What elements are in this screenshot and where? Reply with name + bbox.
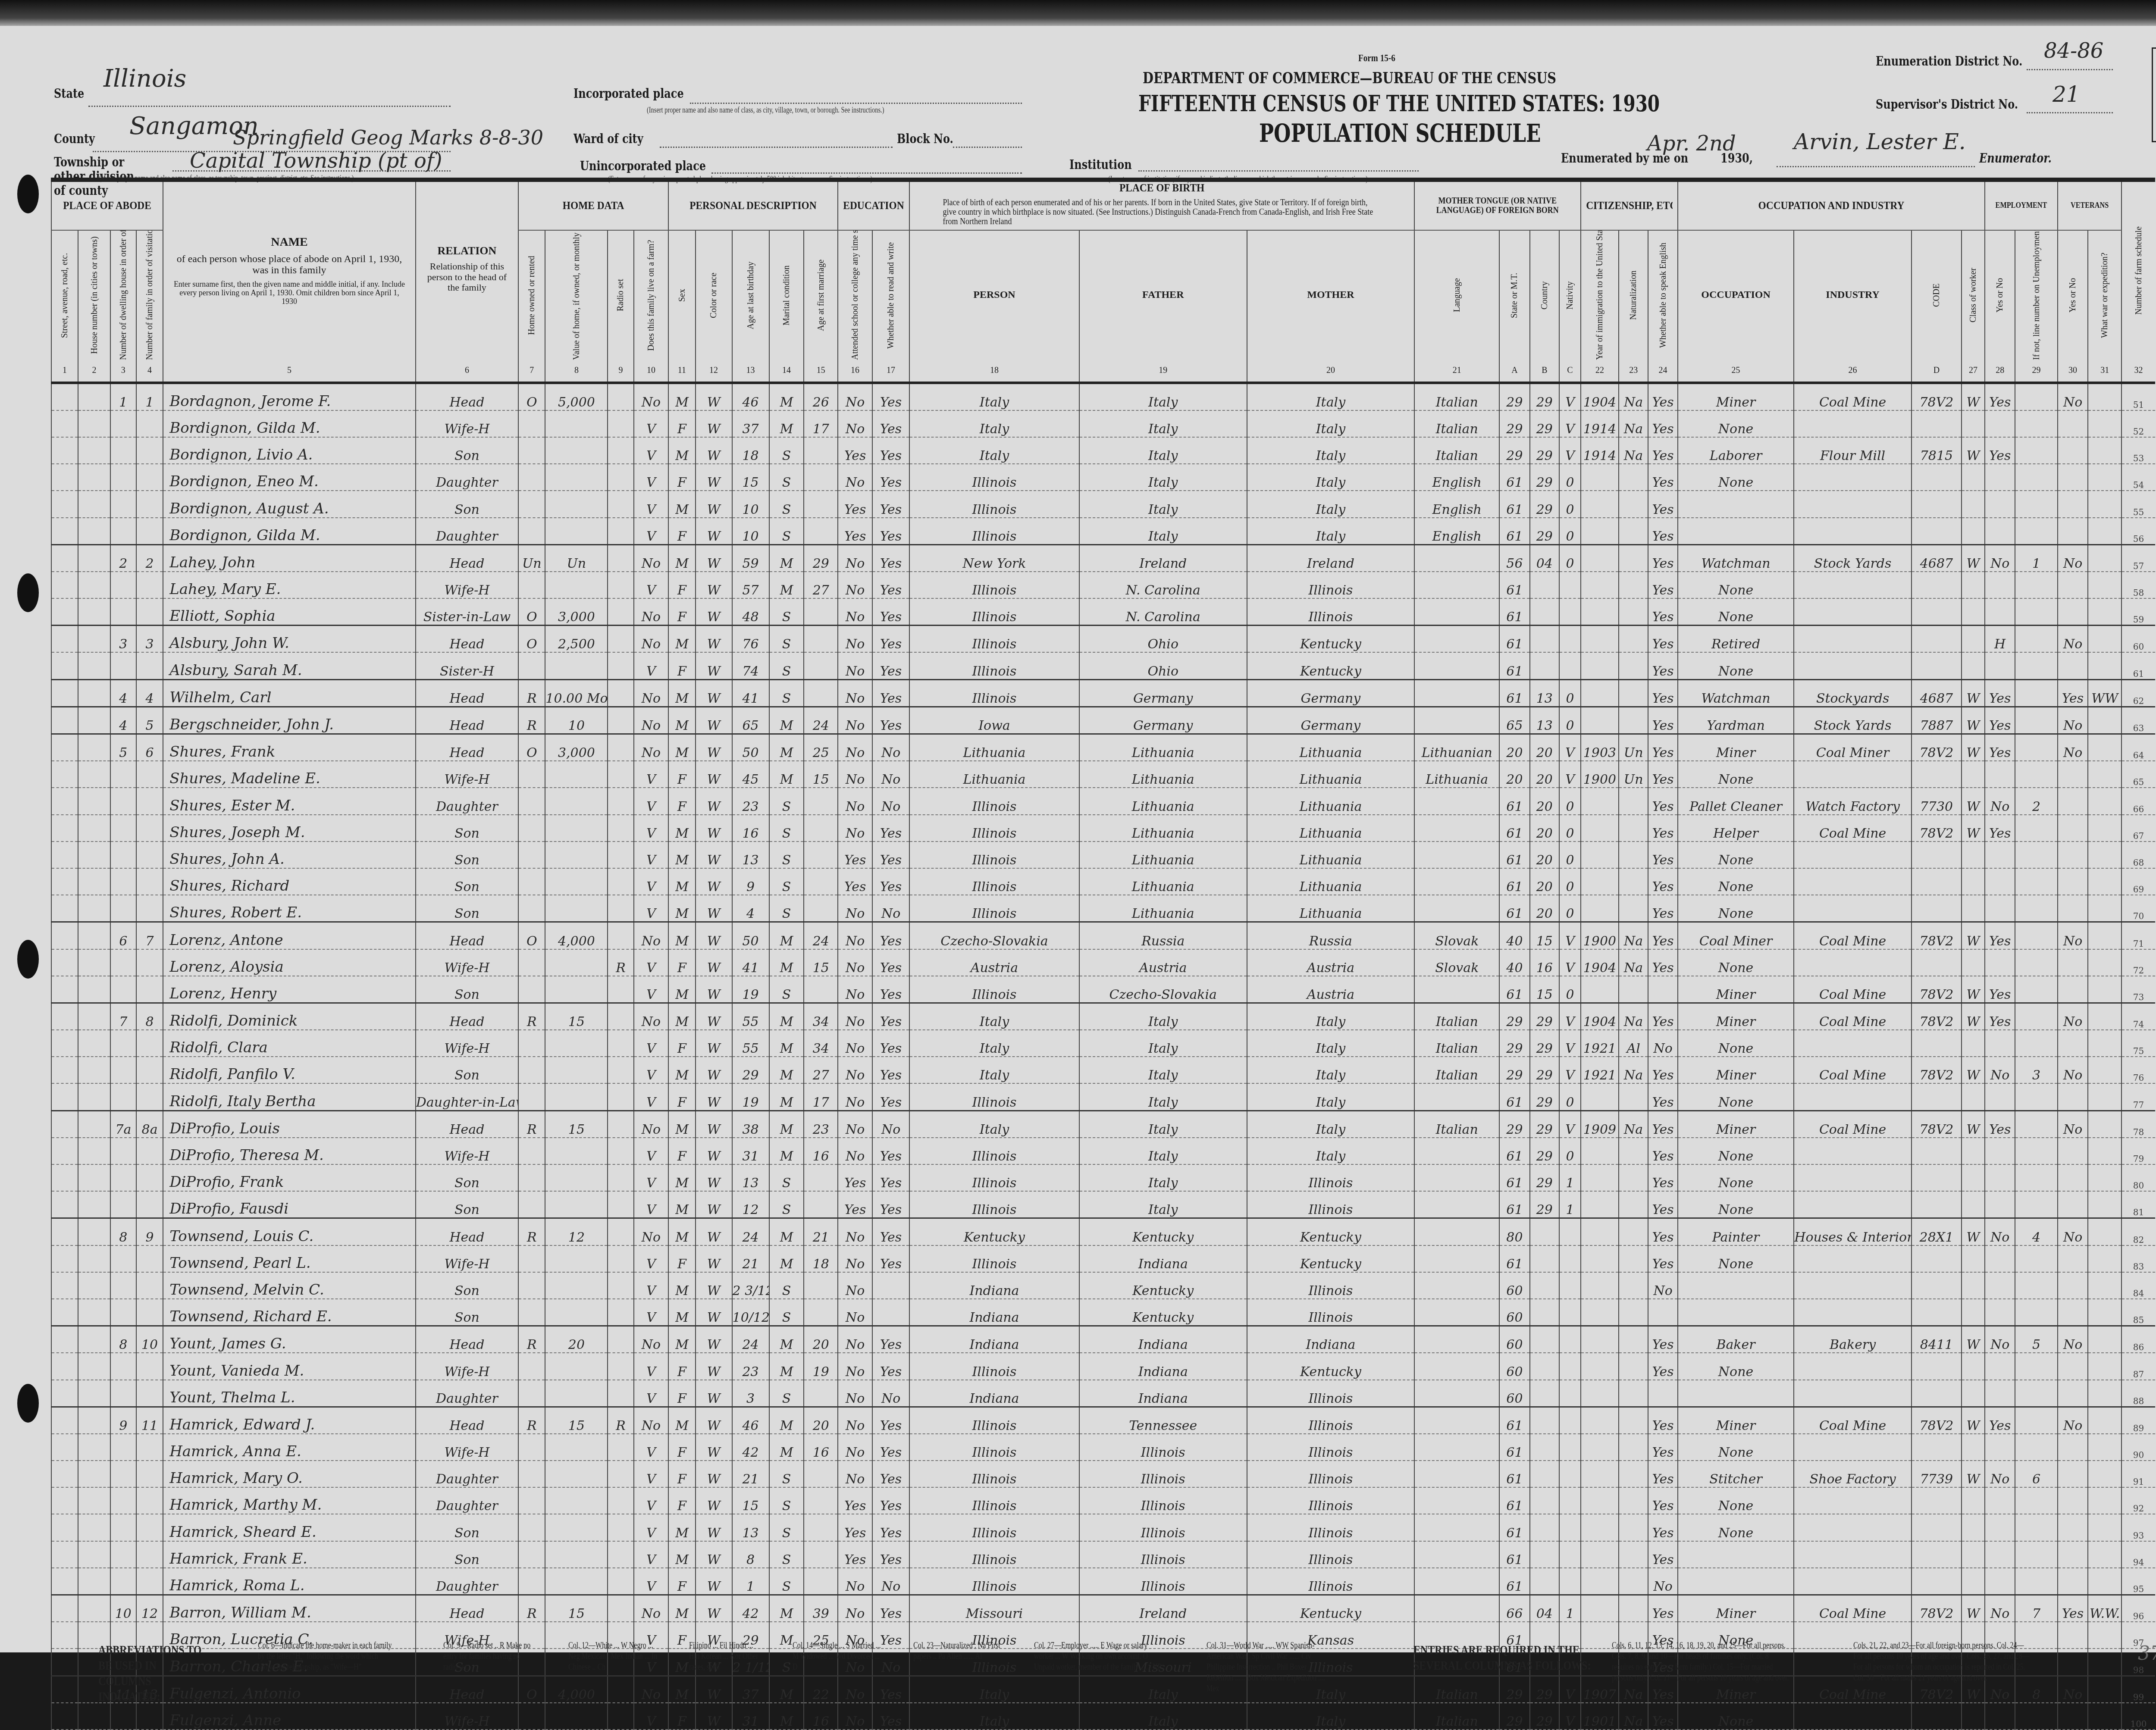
family-number-cell: 3 xyxy=(136,626,163,653)
mother-tongue-cell xyxy=(1414,842,1499,868)
occupation-cell: None xyxy=(1678,1030,1794,1057)
employed-cell: H xyxy=(1985,626,2015,653)
street-cell xyxy=(51,788,78,814)
immigration-year-cell xyxy=(1581,1353,1619,1380)
person-name-cell: Lahey, Mary E. xyxy=(163,572,416,598)
table-row: Townsend, Richard E.SonVMW10/12SNoIndian… xyxy=(51,1299,2155,1326)
code-d-cell: 78V2 xyxy=(1912,1595,1962,1622)
mother-birthplace-cell: Illinois xyxy=(1247,1272,1415,1299)
class-of-worker-cell xyxy=(1962,1434,1985,1461)
class-of-worker-cell: W xyxy=(1962,1595,1985,1622)
footer-legend: ABBREVIATIONS TO BE USED IN COLUMNS INDI… xyxy=(51,1634,2155,1652)
literacy-cell: Yes xyxy=(872,572,909,598)
father-birthplace-cell: Illinois xyxy=(1079,1434,1247,1461)
farm-residence-cell: V xyxy=(634,518,669,545)
line-number-cell: 51 xyxy=(2122,383,2155,410)
age-at-marriage-cell: 26 xyxy=(804,383,838,410)
father-birthplace-cell: Italy xyxy=(1079,383,1247,410)
veteran-cell xyxy=(2058,598,2088,626)
mother-tongue-cell: Italian xyxy=(1414,437,1499,464)
table-row: 1012Barron, William M.HeadR15NoMW42M39No… xyxy=(51,1595,2155,1622)
table-row: Hamrick, Roma L.DaughterVFW1SNoNoIllinoi… xyxy=(51,1568,2155,1595)
age-at-marriage-cell xyxy=(804,1164,838,1191)
literacy-cell: Yes xyxy=(872,626,909,653)
home-value-cell: 15 xyxy=(545,1003,608,1030)
radio-set-cell xyxy=(608,464,633,491)
code-c-cell: V xyxy=(1559,1057,1581,1083)
person-name-cell: Shures, Ester M. xyxy=(163,788,416,814)
home-tenure-cell xyxy=(518,1030,545,1057)
speaks-english-cell: Yes xyxy=(1648,518,1677,545)
code-d-cell: 78V2 xyxy=(1912,383,1962,410)
dwelling-number-cell xyxy=(110,1245,136,1272)
line-number-cell: 63 xyxy=(2122,707,2155,734)
naturalization-cell xyxy=(1619,976,1648,1003)
family-number-cell xyxy=(136,949,163,976)
unemployment-line-cell xyxy=(2015,1487,2057,1514)
employed-cell xyxy=(1985,868,2015,895)
speaks-english-cell: Yes xyxy=(1648,1083,1677,1111)
code-c-cell xyxy=(1559,1568,1581,1595)
age-cell: 38 xyxy=(732,1111,769,1138)
ward-label: Ward of city xyxy=(573,131,643,147)
school-attendance-cell: No xyxy=(838,1003,872,1030)
immigration-year-cell: 1921 xyxy=(1581,1030,1619,1057)
column-label: FATHER xyxy=(1079,230,1247,360)
mother-birthplace-cell: Illinois xyxy=(1247,1541,1415,1568)
immigration-year-cell xyxy=(1581,1595,1619,1622)
code-c-cell: 1 xyxy=(1559,1191,1581,1218)
code-c-cell: 0 xyxy=(1559,842,1581,868)
industry-cell xyxy=(1794,842,1912,868)
immigration-year-cell xyxy=(1581,491,1619,517)
literacy-cell: Yes xyxy=(872,1487,909,1514)
veteran-cell xyxy=(2058,1514,2088,1541)
immigration-year-cell xyxy=(1581,1434,1619,1461)
code-c-cell: V xyxy=(1559,734,1581,761)
street-cell xyxy=(51,895,78,922)
literacy-cell: Yes xyxy=(872,1164,909,1191)
sex-cell: M xyxy=(668,626,695,653)
naturalization-cell xyxy=(1619,1164,1648,1191)
farm-residence-cell: V xyxy=(634,1245,669,1272)
code-b-cell xyxy=(1530,652,1559,679)
speaks-english-cell xyxy=(1648,1380,1677,1407)
column-number: 7 xyxy=(518,360,545,383)
speaks-english-cell: Yes xyxy=(1648,868,1677,895)
naturalization-cell xyxy=(1619,1353,1648,1380)
table-row: Bordignon, Gilda M.DaughterVFW10SYesYesI… xyxy=(51,518,2155,545)
code-c-cell: V xyxy=(1559,761,1581,788)
farm-residence-cell: No xyxy=(634,1218,669,1245)
column-number: 21 xyxy=(1414,360,1499,383)
column-number: 23 xyxy=(1619,360,1648,383)
war-cell xyxy=(2088,544,2122,572)
mother-tongue-cell: Lithuanian xyxy=(1414,734,1499,761)
speaks-english-cell: Yes xyxy=(1648,734,1677,761)
punch-hole xyxy=(17,940,39,979)
sex-cell: M xyxy=(668,1326,695,1353)
age-cell: 2 3/12 xyxy=(732,1272,769,1299)
person-name-cell: Barron, William M. xyxy=(163,1595,416,1622)
table-row: Shures, John A.SonVMW13SYesYesIllinoisLi… xyxy=(51,842,2155,868)
street-cell xyxy=(51,491,78,517)
class-of-worker-cell: W xyxy=(1962,976,1985,1003)
home-tenure-cell: O xyxy=(518,922,545,949)
person-name-cell: Yount, Vanieda M. xyxy=(163,1353,416,1380)
age-cell: 42 xyxy=(732,1434,769,1461)
radio-set-cell xyxy=(608,652,633,679)
home-tenure-cell xyxy=(518,815,545,842)
sex-cell: F xyxy=(668,1245,695,1272)
sex-cell: M xyxy=(668,679,695,707)
marital-status-cell: S xyxy=(769,1380,804,1407)
family-number-cell xyxy=(136,598,163,626)
line-number-cell: 75 xyxy=(2122,1030,2155,1057)
home-value-cell: 15 xyxy=(545,1595,608,1622)
mother-birthplace-cell: Austria xyxy=(1247,949,1415,976)
age-cell: 57 xyxy=(732,572,769,598)
code-c-cell: 0 xyxy=(1559,491,1581,517)
age-at-marriage-cell xyxy=(804,518,838,545)
line-number-cell: 88 xyxy=(2122,1380,2155,1407)
relation-cell: Daughter xyxy=(416,518,518,545)
mother-tongue-cell xyxy=(1414,1299,1499,1326)
war-cell xyxy=(2088,1245,2122,1272)
father-birthplace-cell: Lithuania xyxy=(1079,734,1247,761)
race-cell: W xyxy=(696,734,732,761)
war-cell xyxy=(2088,598,2122,626)
race-cell: W xyxy=(696,1434,732,1461)
occupation-cell: Coal Miner xyxy=(1678,922,1794,949)
veteran-cell xyxy=(2058,1487,2088,1514)
birthplace-cell: Italy xyxy=(909,383,1079,410)
family-number-cell: 5 xyxy=(136,707,163,734)
race-cell: W xyxy=(696,788,732,814)
father-birthplace-cell: Italy xyxy=(1079,410,1247,437)
column-number: 32 xyxy=(2122,360,2155,383)
occupation-cell: None xyxy=(1678,572,1794,598)
war-cell xyxy=(2088,976,2122,1003)
family-number-cell xyxy=(136,1434,163,1461)
war-cell xyxy=(2088,1191,2122,1218)
house-number-cell xyxy=(78,1083,110,1111)
home-value-cell xyxy=(545,1083,608,1111)
legend-col9: Col. 9—Radio set .. R Make no entry for … xyxy=(443,1640,533,1652)
father-birthplace-cell: Lithuania xyxy=(1079,815,1247,842)
radio-set-cell xyxy=(608,895,633,922)
class-of-worker-cell xyxy=(1962,1083,1985,1111)
home-tenure-cell xyxy=(518,1164,545,1191)
home-value-cell xyxy=(545,1191,608,1218)
home-value-cell xyxy=(545,842,608,868)
code-c-cell: V xyxy=(1559,437,1581,464)
birthplace-cell: Kentucky xyxy=(909,1218,1079,1245)
person-name-cell: Elliott, Sophia xyxy=(163,598,416,626)
speaks-english-cell: Yes xyxy=(1648,464,1677,491)
war-cell xyxy=(2088,1083,2122,1111)
veteran-cell xyxy=(2058,1083,2088,1111)
person-name-cell: Bergschneider, John J. xyxy=(163,707,416,734)
column-number: 14 xyxy=(769,360,804,383)
employed-cell xyxy=(1985,949,2015,976)
code-c-cell xyxy=(1559,1326,1581,1353)
code-a-cell: 61 xyxy=(1499,572,1529,598)
school-attendance-cell: No xyxy=(838,1434,872,1461)
dwelling-number-cell: 4 xyxy=(110,707,136,734)
column-number: 3 xyxy=(110,360,136,383)
occupation-cell xyxy=(1678,1299,1794,1326)
house-number-cell xyxy=(78,761,110,788)
unemployment-line-cell xyxy=(2015,1245,2057,1272)
column-number: 16 xyxy=(838,360,872,383)
literacy-cell: No xyxy=(872,1111,909,1138)
immigration-year-cell: 1909 xyxy=(1581,1111,1619,1138)
speaks-english-cell xyxy=(1648,1299,1677,1326)
sex-cell: F xyxy=(668,949,695,976)
column-number: A xyxy=(1499,360,1529,383)
war-cell xyxy=(2088,1434,2122,1461)
line-number-cell: 91 xyxy=(2122,1461,2155,1487)
code-c-cell: V xyxy=(1559,1003,1581,1030)
code-a-cell: 61 xyxy=(1499,868,1529,895)
literacy-cell: Yes xyxy=(872,868,909,895)
home-tenure-cell xyxy=(518,1272,545,1299)
speaks-english-cell: Yes xyxy=(1648,1434,1677,1461)
home-tenure-cell xyxy=(518,842,545,868)
father-birthplace-cell: Italy xyxy=(1079,1138,1247,1164)
farm-residence-cell: V xyxy=(634,1434,669,1461)
column-label: Age at last birthday xyxy=(732,230,769,360)
radio-set-cell xyxy=(608,1353,633,1380)
class-of-worker-cell xyxy=(1962,1353,1985,1380)
age-cell: 24 xyxy=(732,1218,769,1245)
mother-birthplace-cell: Illinois xyxy=(1247,1487,1415,1514)
code-a-cell: 20 xyxy=(1499,761,1529,788)
occupation-cell xyxy=(1678,518,1794,545)
sex-cell: M xyxy=(668,1299,695,1326)
family-number-cell: 4 xyxy=(136,679,163,707)
relation-cell: Daughter xyxy=(416,1568,518,1595)
industry-cell xyxy=(1794,895,1912,922)
column-label: Naturalization xyxy=(1619,230,1648,360)
mother-tongue-cell xyxy=(1414,1595,1499,1622)
mother-birthplace-cell: Italy xyxy=(1247,1111,1415,1138)
house-number-cell xyxy=(78,1514,110,1541)
column-number: 10 xyxy=(634,360,669,383)
table-row: Bordignon, Eneo M.DaughterVFW15SNoYesIll… xyxy=(51,464,2155,491)
column-number: 1 xyxy=(51,360,78,383)
person-name-cell: Bordagnon, Jerome F. xyxy=(163,383,416,410)
occupation-cell: Painter xyxy=(1678,1218,1794,1245)
birthplace-cell: Illinois xyxy=(909,815,1079,842)
house-number-cell xyxy=(78,842,110,868)
relation-cell: Head xyxy=(416,1326,518,1353)
radio-set-cell xyxy=(608,626,633,653)
age-cell: 1 xyxy=(732,1568,769,1595)
speaks-english-cell: Yes xyxy=(1648,491,1677,517)
class-of-worker-cell xyxy=(1962,598,1985,626)
code-d-cell: 7815 xyxy=(1912,437,1962,464)
street-cell xyxy=(51,1595,78,1622)
race-cell: W xyxy=(696,1487,732,1514)
line-number-cell: 85 xyxy=(2122,1299,2155,1326)
dwelling-number-cell xyxy=(110,1487,136,1514)
occupation-cell: Miner xyxy=(1678,1003,1794,1030)
veteran-cell xyxy=(2058,1434,2088,1461)
line-number-cell: 60 xyxy=(2122,626,2155,653)
col-farm-schedule-header: Number of farm schedule xyxy=(2122,182,2155,360)
literacy-cell: Yes xyxy=(872,1461,909,1487)
sheet-number-box: Sheet No. 1 A xyxy=(2152,47,2156,142)
sex-cell: M xyxy=(668,1003,695,1030)
dwelling-number-cell xyxy=(110,1434,136,1461)
race-cell: W xyxy=(696,976,732,1003)
class-of-worker-cell xyxy=(1962,1568,1985,1595)
family-number-cell xyxy=(136,518,163,545)
table-row: Hamrick, Mary O.DaughterVFW21SNoYesIllin… xyxy=(51,1461,2155,1487)
unemployment-line-cell xyxy=(2015,1083,2057,1111)
house-number-cell xyxy=(78,895,110,922)
mother-tongue-cell xyxy=(1414,1191,1499,1218)
immigration-year-cell xyxy=(1581,707,1619,734)
table-row: Ridolfi, Panfilo V.SonVMW29M27NoYesItaly… xyxy=(51,1057,2155,1083)
school-attendance-cell: No xyxy=(838,383,872,410)
unemployment-line-cell xyxy=(2015,626,2057,653)
code-b-cell: 29 xyxy=(1530,518,1559,545)
veteran-cell xyxy=(2058,1541,2088,1568)
employed-cell xyxy=(1985,1030,2015,1057)
relation-cell: Wife-H xyxy=(416,949,518,976)
father-birthplace-cell: Italy xyxy=(1079,1111,1247,1138)
unemployment-line-cell xyxy=(2015,1514,2057,1541)
radio-set-cell xyxy=(608,1245,633,1272)
dwelling-number-cell xyxy=(110,1164,136,1191)
person-name-cell: Yount, Thelma L. xyxy=(163,1380,416,1407)
home-tenure-cell: R xyxy=(518,1003,545,1030)
code-a-cell: 61 xyxy=(1499,491,1529,517)
line-number-cell: 65 xyxy=(2122,761,2155,788)
class-of-worker-cell: W xyxy=(1962,437,1985,464)
sex-cell: F xyxy=(668,1083,695,1111)
unemployment-line-cell: 1 xyxy=(2015,544,2057,572)
age-at-marriage-cell: 20 xyxy=(804,1407,838,1434)
school-attendance-cell: No xyxy=(838,1030,872,1057)
war-cell xyxy=(2088,815,2122,842)
father-birthplace-cell: Italy xyxy=(1079,1057,1247,1083)
dwelling-number-cell xyxy=(110,1299,136,1326)
age-at-marriage-cell xyxy=(804,895,838,922)
sex-cell: F xyxy=(668,1353,695,1380)
column-label: Radio set xyxy=(608,230,633,360)
marital-status-cell: S xyxy=(769,868,804,895)
mother-birthplace-cell: Germany xyxy=(1247,707,1415,734)
person-name-cell: Shures, Robert E. xyxy=(163,895,416,922)
marital-status-cell: S xyxy=(769,1541,804,1568)
family-number-cell xyxy=(136,1138,163,1164)
home-tenure-cell: R xyxy=(518,1407,545,1434)
code-b-cell xyxy=(1530,1407,1559,1434)
unemployment-line-cell xyxy=(2015,1568,2057,1595)
mother-tongue-cell xyxy=(1414,1353,1499,1380)
street-cell xyxy=(51,1568,78,1595)
mother-tongue-cell xyxy=(1414,1245,1499,1272)
occupation-cell: None xyxy=(1678,1514,1794,1541)
person-name-cell: Yount, James G. xyxy=(163,1326,416,1353)
table-row: Lorenz, HenrySonVMW19SNoYesIllinoisCzech… xyxy=(51,976,2155,1003)
farm-residence-cell: V xyxy=(634,949,669,976)
sex-cell: M xyxy=(668,491,695,517)
code-a-cell: 61 xyxy=(1499,598,1529,626)
code-d-cell xyxy=(1912,518,1962,545)
literacy-cell: Yes xyxy=(872,598,909,626)
father-birthplace-cell: Indiana xyxy=(1079,1326,1247,1353)
person-name-cell: Bordignon, Gilda M. xyxy=(163,410,416,437)
industry-cell: Flour Mill xyxy=(1794,437,1912,464)
naturalization-cell xyxy=(1619,1541,1648,1568)
home-value-cell xyxy=(545,1353,608,1380)
code-d-cell xyxy=(1912,1245,1962,1272)
race-cell: W xyxy=(696,464,732,491)
code-d-cell: 78V2 xyxy=(1912,815,1962,842)
industry-cell xyxy=(1794,1434,1912,1461)
literacy-cell: Yes xyxy=(872,1353,909,1380)
industry-cell: Coal Mine xyxy=(1794,1111,1912,1138)
veteran-cell xyxy=(2058,842,2088,868)
code-c-cell: 1 xyxy=(1559,1595,1581,1622)
code-a-cell: 80 xyxy=(1499,1218,1529,1245)
unincorporated-line xyxy=(711,172,1022,174)
immigration-year-cell xyxy=(1581,598,1619,626)
occupation-cell: Miner xyxy=(1678,1407,1794,1434)
home-tenure-cell: R xyxy=(518,707,545,734)
employed-cell: No xyxy=(1985,1218,2015,1245)
home-tenure-cell xyxy=(518,1380,545,1407)
school-attendance-cell: No xyxy=(838,707,872,734)
home-value-cell: 5,000 xyxy=(545,383,608,410)
birth-heading: PLACE OF BIRTH xyxy=(935,182,1389,194)
code-c-cell: V xyxy=(1559,922,1581,949)
marital-status-cell: S xyxy=(769,626,804,653)
code-a-cell: 66 xyxy=(1499,1595,1529,1622)
speaks-english-cell: Yes xyxy=(1648,842,1677,868)
school-attendance-cell: No xyxy=(838,679,872,707)
literacy-cell: Yes xyxy=(872,815,909,842)
industry-cell xyxy=(1794,491,1912,517)
table-row: Townsend, Melvin C.SonVMW2 3/12SNoIndian… xyxy=(51,1272,2155,1299)
mother-birthplace-cell: Germany xyxy=(1247,679,1415,707)
age-cell: 65 xyxy=(732,707,769,734)
race-cell: W xyxy=(696,895,732,922)
line-number-cell: 64 xyxy=(2122,734,2155,761)
naturalization-cell: Na xyxy=(1619,922,1648,949)
column-number: 5 xyxy=(163,360,416,383)
code-b-cell: 29 xyxy=(1530,464,1559,491)
age-at-marriage-cell: 27 xyxy=(804,572,838,598)
mother-birthplace-cell: Lithuania xyxy=(1247,761,1415,788)
column-label: State or M.T. xyxy=(1499,230,1529,360)
age-cell: 45 xyxy=(732,761,769,788)
home-value-cell xyxy=(545,1272,608,1299)
father-birthplace-cell: Illinois xyxy=(1079,1541,1247,1568)
age-at-marriage-cell: 16 xyxy=(804,1138,838,1164)
code-c-cell: 0 xyxy=(1559,788,1581,814)
unemployment-line-cell xyxy=(2015,734,2057,761)
street-cell xyxy=(51,1299,78,1326)
school-attendance-cell: Yes xyxy=(838,491,872,517)
industry-cell xyxy=(1794,1514,1912,1541)
line-number-cell: 66 xyxy=(2122,788,2155,814)
